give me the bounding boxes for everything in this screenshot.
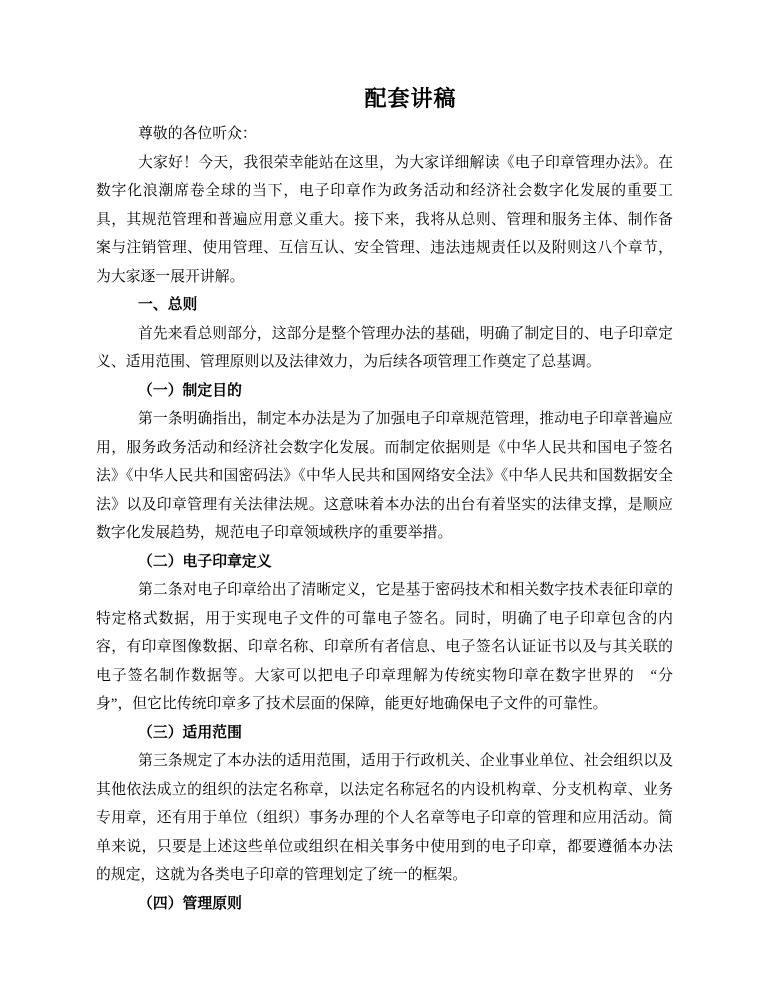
section-heading: 一、总则 — [96, 291, 673, 320]
paragraph: 首先来看总则部分，这部分是整个管理办法的基础，明确了制定目的、电子印章定义、适用… — [96, 320, 673, 377]
paragraph: 第三条规定了本办法的适用范围，适用于行政机关、企业事业单位、社会组织以及其他依法… — [96, 747, 673, 890]
paragraph: 尊敬的各位听众： — [96, 120, 673, 149]
section-heading: （一）制定目的 — [96, 377, 673, 406]
paragraph: 第二条对电子印章给出了清晰定义，它是基于密码技术和相关数字技术表征印章的特定格式… — [96, 576, 673, 719]
section-heading: （三）适用范围 — [96, 719, 673, 748]
paragraph: 大家好！今天，我很荣幸能站在这里，为大家详细解读《电子印章管理办法》。在数字化浪… — [96, 149, 673, 292]
document-body: 尊敬的各位听众：大家好！今天，我很荣幸能站在这里，为大家详细解读《电子印章管理办… — [96, 120, 673, 918]
section-heading: （二）电子印章定义 — [96, 548, 673, 577]
document-page: 配套讲稿 尊敬的各位听众：大家好！今天，我很荣幸能站在这里，为大家详细解读《电子… — [0, 0, 770, 1000]
document-title: 配套讲稿 — [96, 84, 673, 114]
section-heading: （四）管理原则 — [96, 890, 673, 919]
paragraph: 第一条明确指出，制定本办法是为了加强电子印章规范管理，推动电子印章普遍应用，服务… — [96, 405, 673, 548]
